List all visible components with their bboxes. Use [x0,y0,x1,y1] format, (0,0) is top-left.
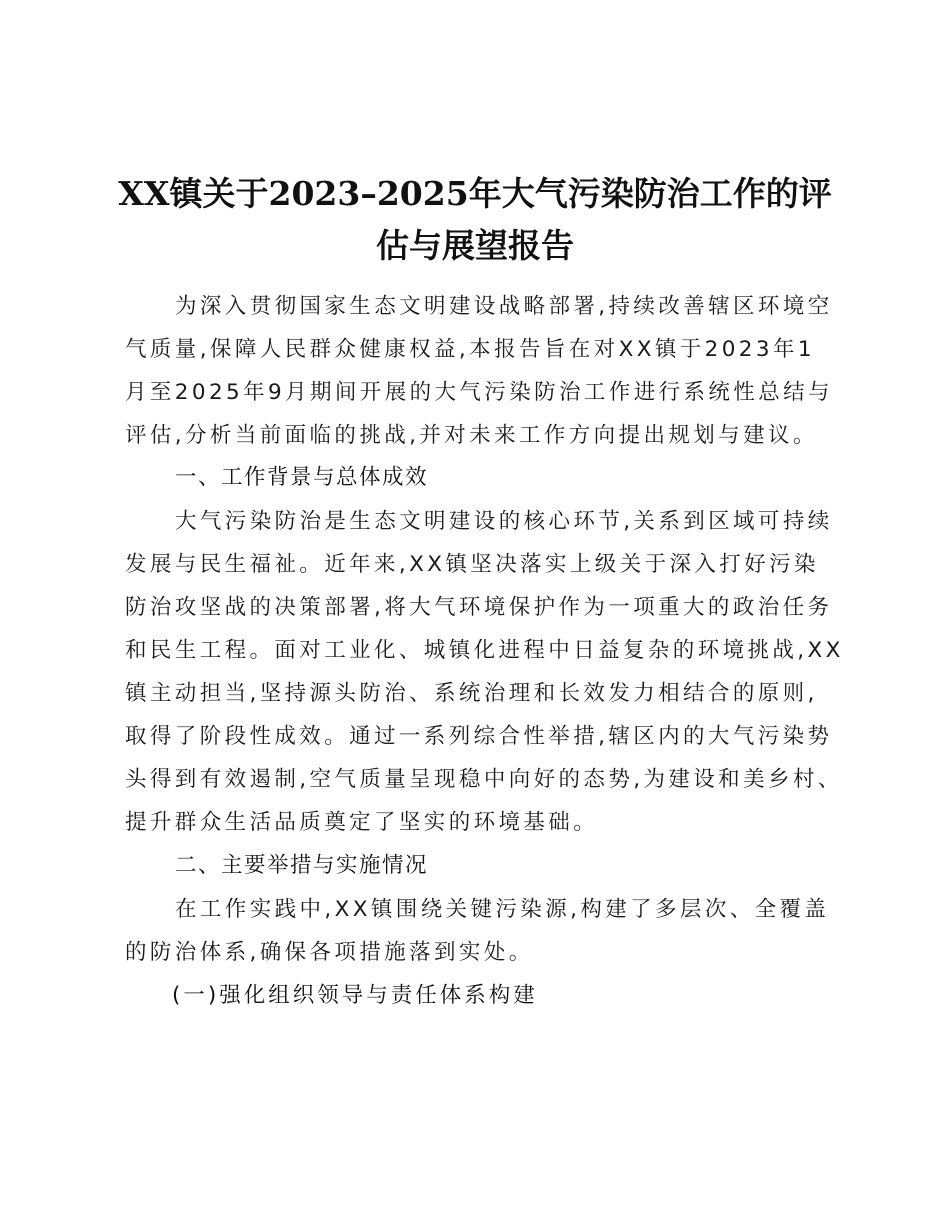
title-line-2: 估与展望报告 [100,220,850,272]
text-line: 为深入贯彻国家生态文明建设战略部署,持续改善辖区环境空 [175,292,833,322]
text-line: 月至2025年9月期间开展的大气污染防治工作进行系统性总结与 [125,378,833,408]
text-line: 大气污染防治是生态文明建设的核心环节,关系到区域可持续 [175,507,833,537]
text-line: 发展与民生福祉。近年来,XX镇坚决落实上级关于深入打好污染 [125,550,819,580]
text-line: 提升群众生活品质奠定了坚实的环境基础。 [125,808,598,838]
text-line: 镇主动担当,坚持源头防治、系统治理和长效发力相结合的原则, [125,679,818,709]
text-line: 气质量,保障人民群众健康权益,本报告旨在对XX镇于2023年1 [125,335,815,365]
section-heading-2: 二、主要举措与实施情况 [175,851,428,881]
title-line-1: XX镇关于2023–2025年大气污染防治工作的评 [100,168,850,220]
text-line: 在工作实践中,XX镇围绕关键污染源,构建了多层次、全覆盖 [175,895,829,925]
document-page: XX镇关于2023–2025年大气污染防治工作的评 估与展望报告 为深入贯彻国家… [0,0,950,1230]
subsection-heading-1: (一)强化组织领导与责任体系构建 [172,981,538,1011]
text-line: 和民生工程。面对工业化、城镇化进程中日益复杂的环境挑战,XX [125,636,844,666]
text-line: 取得了阶段性成效。通过一系列综合性举措,辖区内的大气污染势 [125,722,832,752]
text-line: 头得到有效遏制,空气质量呈现稳中向好的态势,为建设和美乡村、 [125,765,843,795]
text-line: 防治攻坚战的决策部署,将大气环境保护作为一项重大的政治任务 [125,593,832,623]
section-heading-1: 一、工作背景与总体成效 [175,463,428,493]
text-line: 评估,分析当前面临的挑战,并对未来工作方向提出规划与建议。 [125,421,818,451]
document-title: XX镇关于2023–2025年大气污染防治工作的评 估与展望报告 [100,168,850,272]
text-line: 的防治体系,确保各项措施落到实处。 [125,938,534,968]
